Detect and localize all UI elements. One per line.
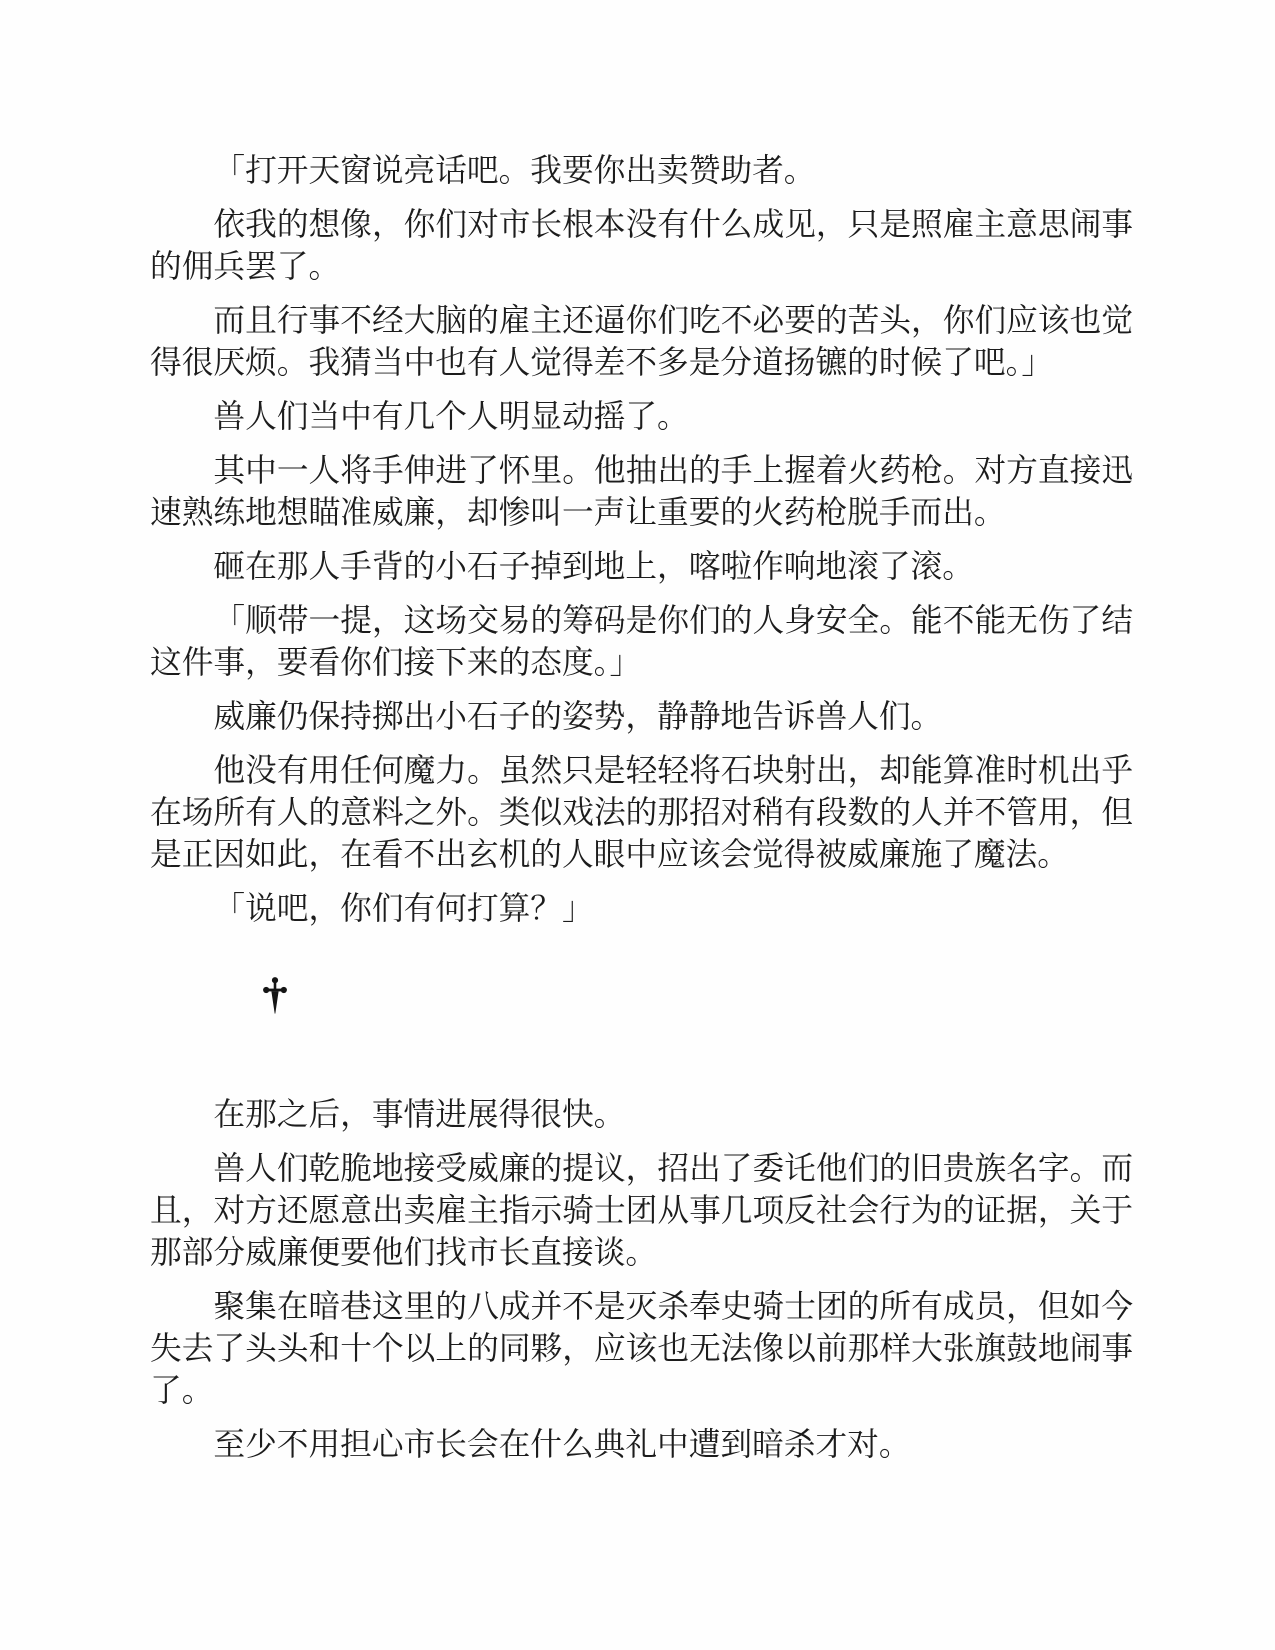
section-divider: † [262,976,1133,1014]
paragraph: 而且行事不经大脑的雇主还逼你们吃不必要的苦头，你们应该也觉得很厌烦。我猜当中也有… [150,300,1133,384]
paragraph: 他没有用任何魔力。虽然只是轻轻将石块射出，却能算准时机出乎在场所有人的意料之外。… [150,750,1133,876]
paragraph: 兽人们当中有几个人明显动摇了。 [150,396,1133,438]
paragraph: 威廉仍保持掷出小石子的姿势，静静地告诉兽人们。 [150,696,1133,738]
page: 「打开天窗说亮话吧。我要你出卖赞助者。 依我的想像，你们对市长根本没有什么成见，… [0,0,1275,1650]
paragraph: 砸在那人手背的小石子掉到地上，喀啦作响地滚了滚。 [150,546,1133,588]
paragraph: 「顺带一提，这场交易的筹码是你们的人身安全。能不能无伤了结这件事，要看你们接下来… [150,600,1133,684]
dagger-icon [262,976,288,1014]
paragraph: 「说吧，你们有何打算？」 [150,888,1133,930]
paragraph: 「打开天窗说亮话吧。我要你出卖赞助者。 [150,150,1133,192]
paragraph: 在那之后，事情进展得很快。 [150,1094,1133,1136]
text-block: 「打开天窗说亮话吧。我要你出卖赞助者。 依我的想像，你们对市长根本没有什么成见，… [150,150,1133,1466]
paragraph: 依我的想像，你们对市长根本没有什么成见，只是照雇主意思闹事的佣兵罢了。 [150,204,1133,288]
paragraph: 聚集在暗巷这里的八成并不是灭杀奉史骑士团的所有成员，但如今失去了头头和十个以上的… [150,1286,1133,1412]
paragraph: 至少不用担心市长会在什么典礼中遭到暗杀才对。 [150,1424,1133,1466]
paragraph: 其中一人将手伸进了怀里。他抽出的手上握着火药枪。对方直接迅速熟练地想瞄准威廉，却… [150,450,1133,534]
paragraph: 兽人们乾脆地接受威廉的提议，招出了委讬他们的旧贵族名字。而且，对方还愿意出卖雇主… [150,1148,1133,1274]
